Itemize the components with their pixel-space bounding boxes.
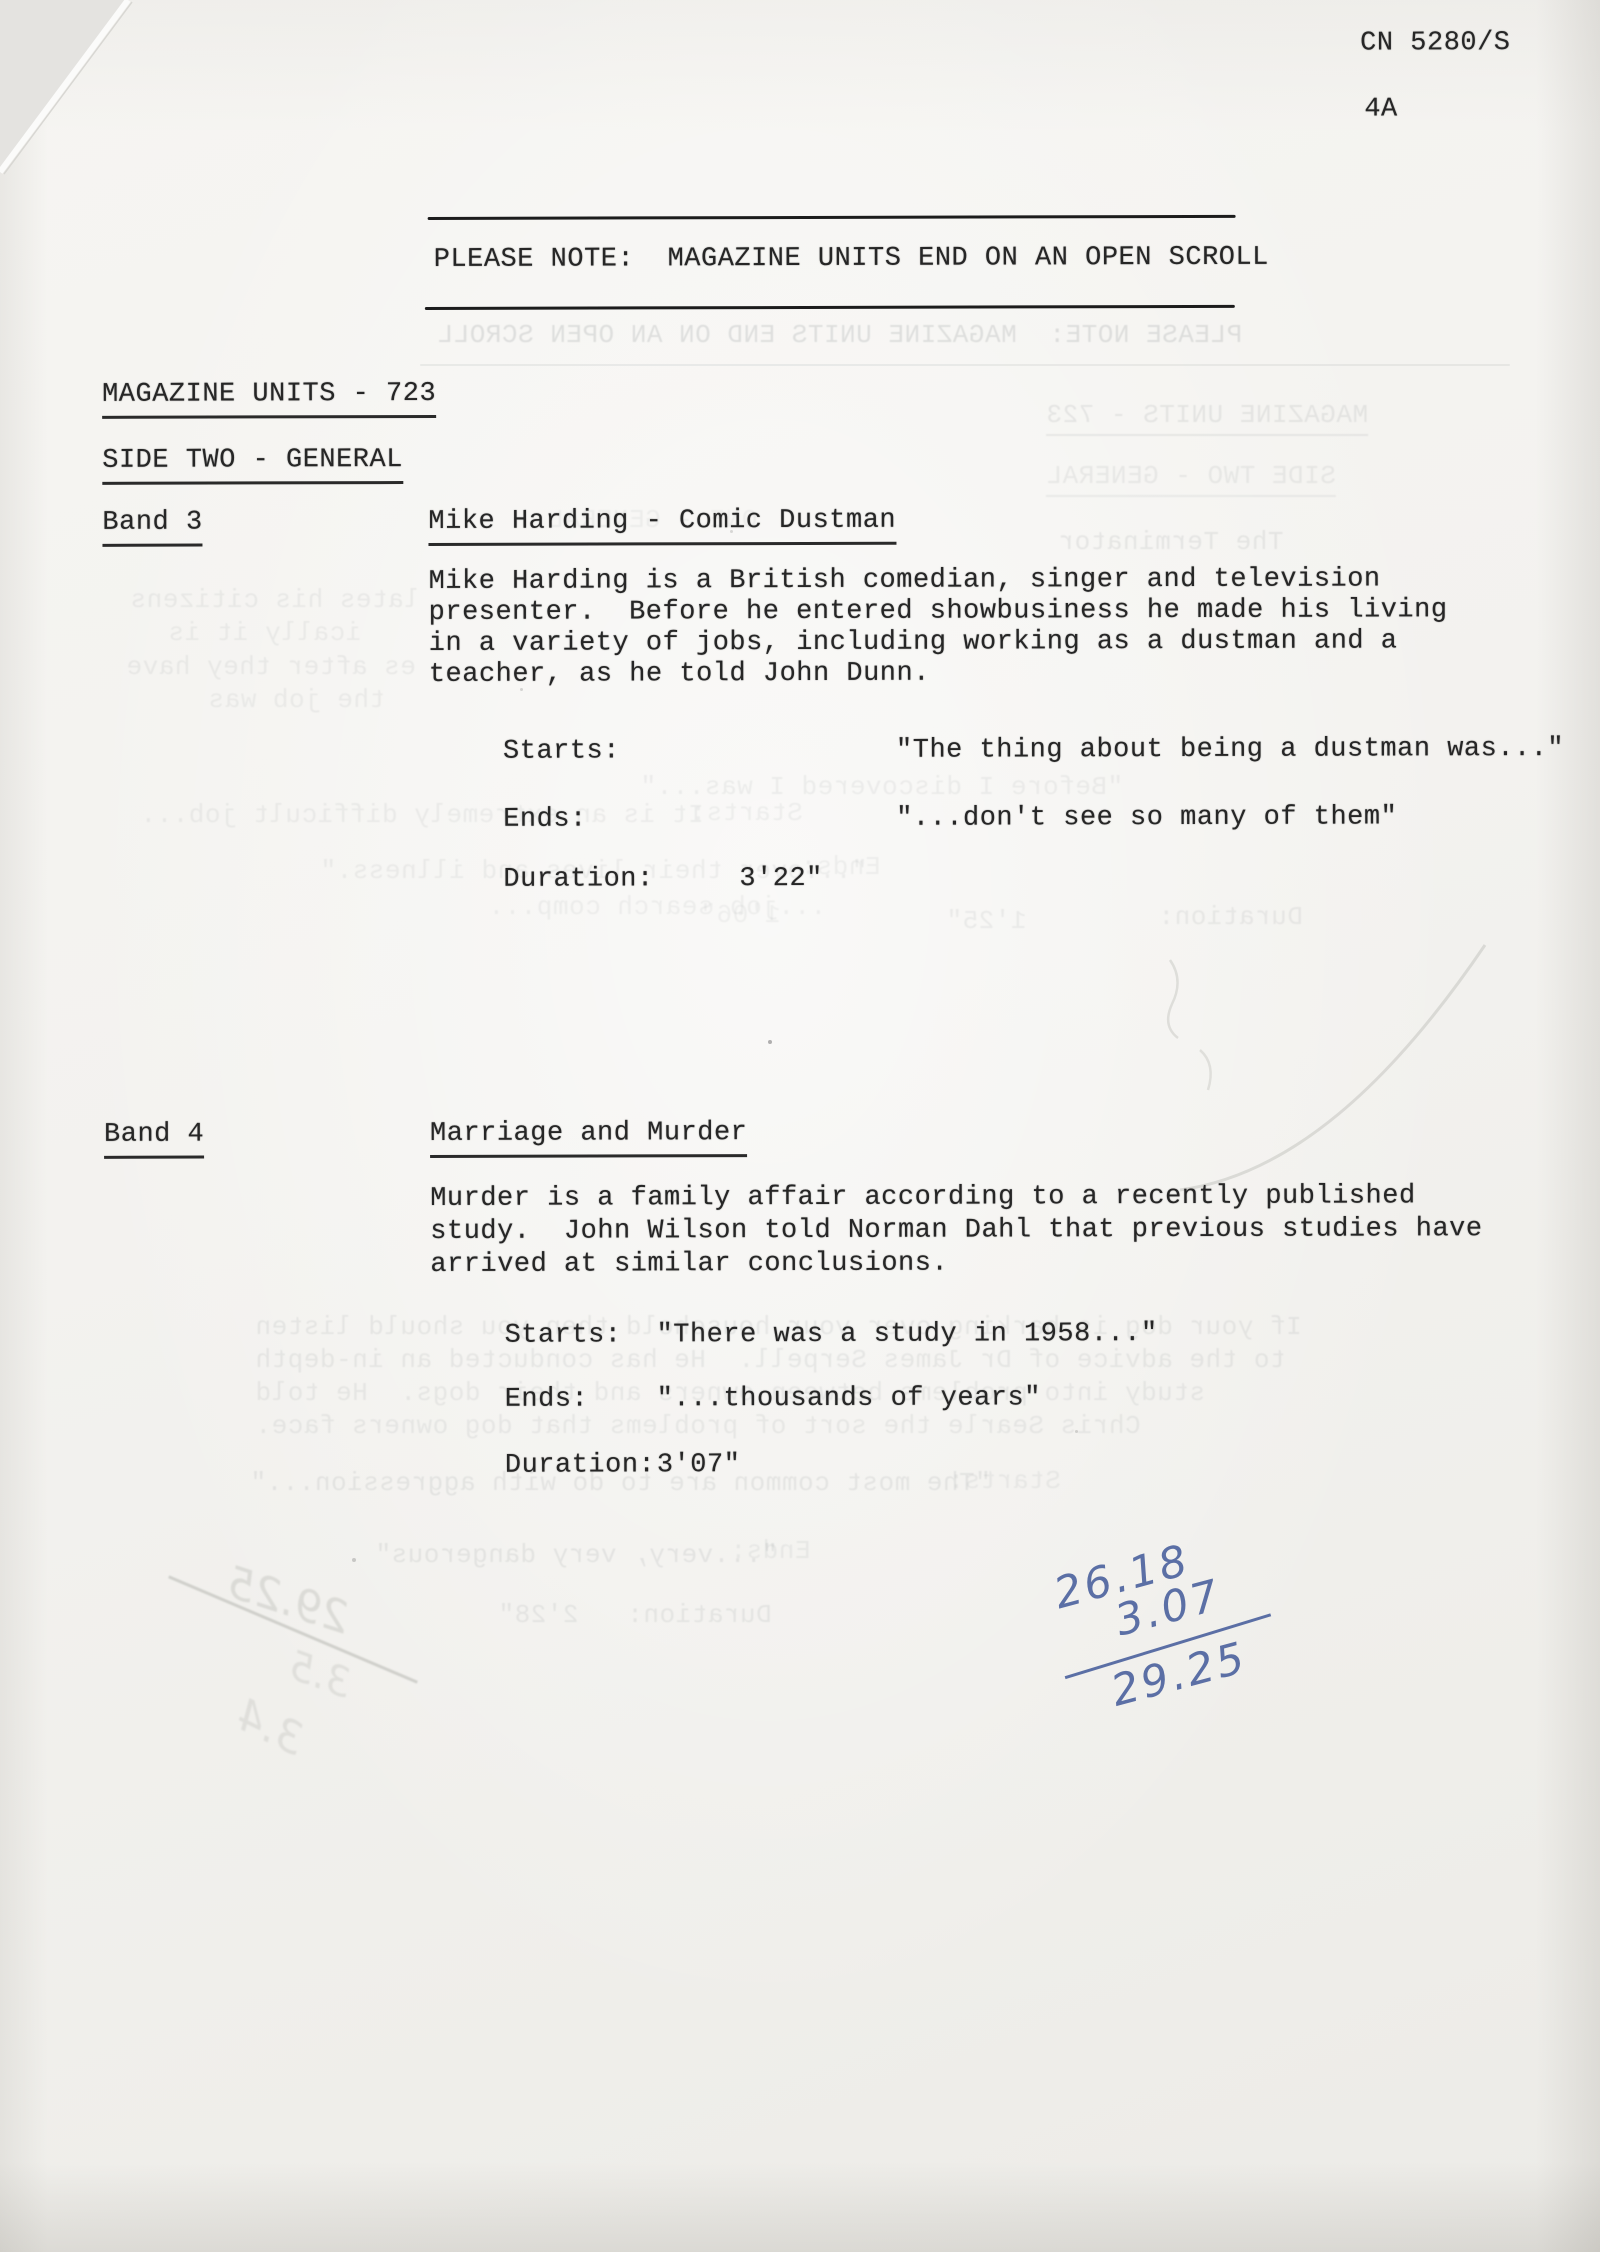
description-line: study. John Wilson told Norman Dahl that… xyxy=(430,1213,1482,1249)
section-subtitle: SIDE TWO - GENERAL xyxy=(102,445,403,485)
ends-value: "...don't see so many of them" xyxy=(896,802,1397,834)
duration-label: Duration: xyxy=(503,864,653,895)
band-description: Mike Harding is a British comedian, sing… xyxy=(429,564,1448,691)
band-label: Band 3 xyxy=(102,508,202,547)
notice-rule-bottom xyxy=(425,305,1235,310)
band-description: Murder is a family affair according to a… xyxy=(430,1180,1483,1282)
ends-label: Ends: xyxy=(505,1385,589,1416)
page-number: 4A xyxy=(1364,94,1397,125)
duration-label: Duration: xyxy=(505,1450,655,1481)
notice-rule-top xyxy=(428,215,1236,220)
band-title: Mike Harding - Comic Dustman xyxy=(428,506,896,546)
scan-speck xyxy=(352,1558,356,1562)
typed-layer: CN 5280/S 4A PLEASE NOTE: MAGAZINE UNITS… xyxy=(0,0,1600,2252)
ends-value: "...thousands of years" xyxy=(657,1383,1041,1415)
scan-speck xyxy=(730,530,733,533)
ends-label: Ends: xyxy=(503,805,587,836)
duration-value: 3'07" xyxy=(657,1450,741,1481)
scanned-document-page: PLEASE NOTE: MAGAZINE UNITS END ON AN OP… xyxy=(0,0,1600,2252)
starts-value: "There was a study in 1958..." xyxy=(657,1319,1158,1351)
description-line: presenter. Before he entered showbusines… xyxy=(429,595,1448,629)
notice-text: PLEASE NOTE: MAGAZINE UNITS END ON AN OP… xyxy=(434,243,1269,276)
band-label: Band 4 xyxy=(104,1120,204,1159)
scan-speck xyxy=(1075,1430,1078,1433)
doc-reference: CN 5280/S xyxy=(1360,28,1510,59)
band-title: Marriage and Murder xyxy=(430,1118,747,1158)
starts-value: "The thing about being a dustman was..." xyxy=(896,734,1564,767)
starts-label: Starts: xyxy=(503,736,620,767)
duration-value: 3'22" xyxy=(739,864,823,895)
description-line: in a variety of jobs, including working … xyxy=(429,626,1448,660)
description-line: arrived at similar conclusions. xyxy=(430,1246,1482,1282)
starts-label: Starts: xyxy=(505,1320,622,1351)
description-line: teacher, as he told John Dunn. xyxy=(429,657,1448,691)
description-line: Mike Harding is a British comedian, sing… xyxy=(429,564,1448,598)
scan-speck xyxy=(768,1040,772,1044)
description-line: Murder is a family affair according to a… xyxy=(430,1180,1482,1216)
scan-speck xyxy=(520,688,523,691)
section-title: MAGAZINE UNITS - 723 xyxy=(102,379,436,419)
